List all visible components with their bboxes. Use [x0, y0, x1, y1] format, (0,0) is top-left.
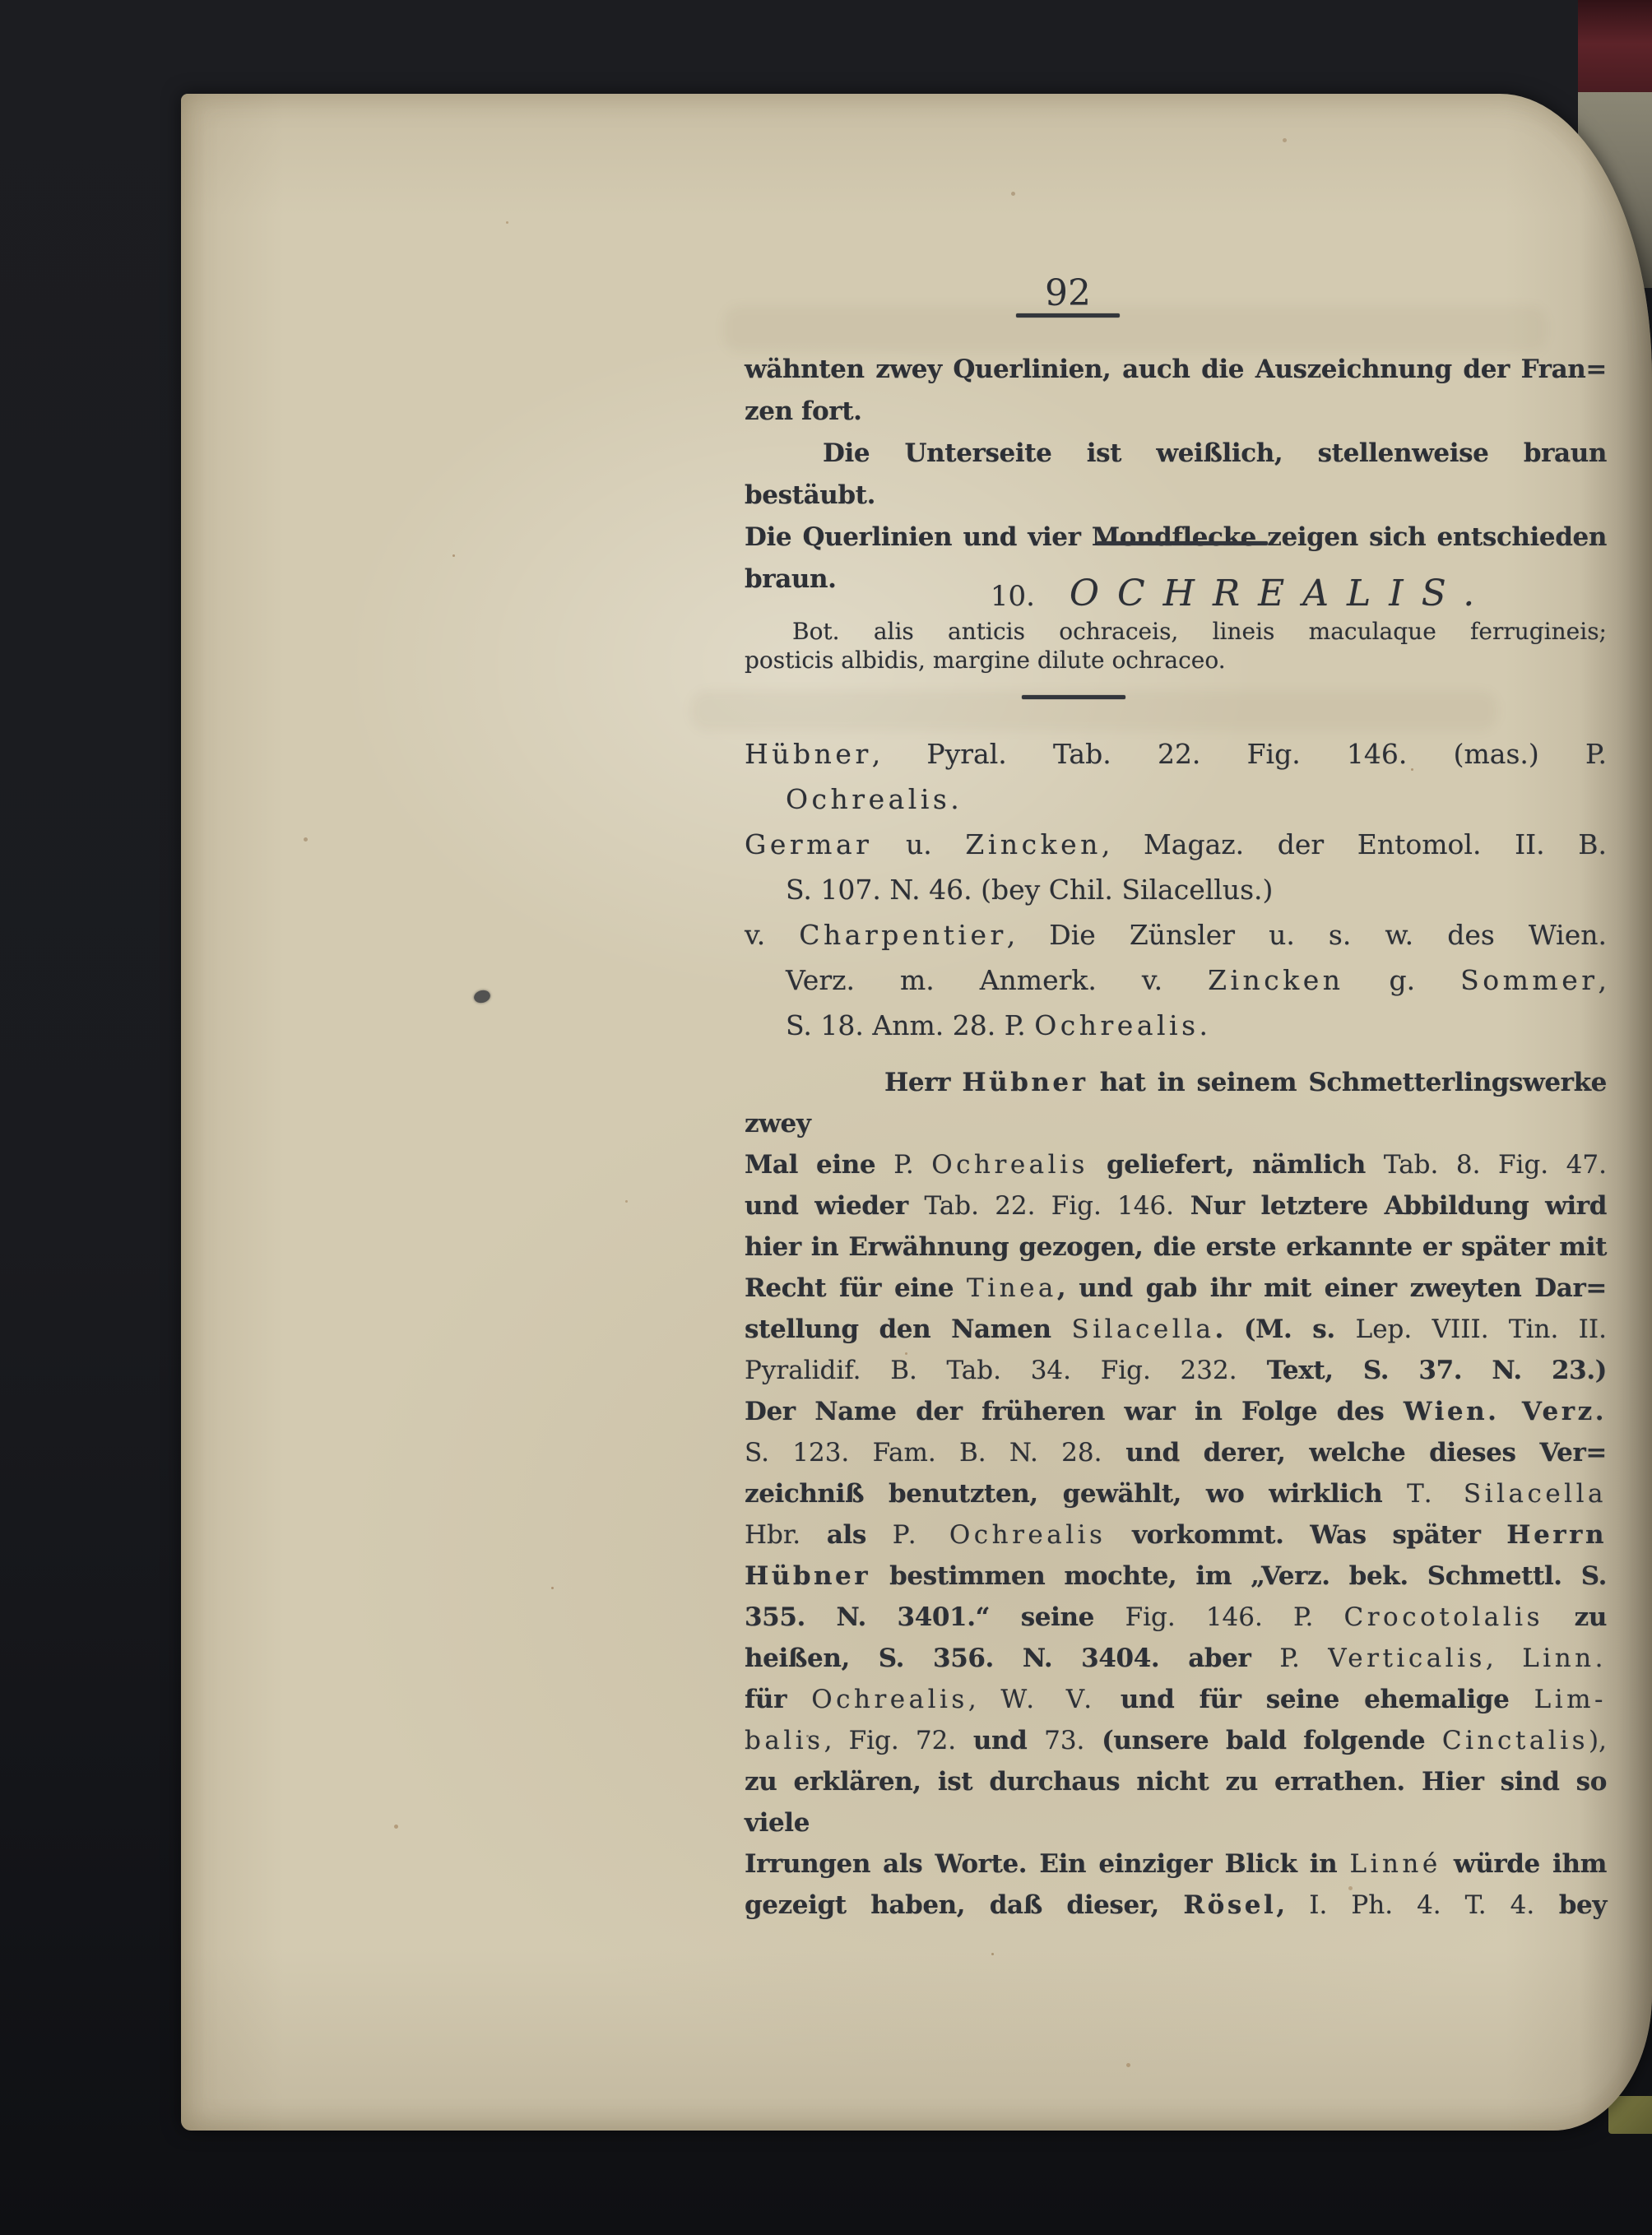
text-segment: , und gab ihr mit einer zweyten Dar= — [1057, 1273, 1607, 1303]
text-segment: , Magaz. der Entomol. II. B. — [1102, 828, 1607, 860]
text-line: v. Charpentier, Die Zünsler u. s. w. des… — [745, 912, 1607, 958]
text-line: zeichniß benutzten, gewählt, wo wirklich… — [745, 1473, 1607, 1514]
text-line: Hbr. als P. Ochrealis vorkommt. Was spät… — [745, 1514, 1607, 1556]
text-segment: Wien. Verz. — [1404, 1397, 1607, 1426]
text-line: posticis albidis, margine dilute ochrace… — [745, 646, 1607, 675]
text-segment: , Pyral. Tab. 22. Fig. 146. (mas.) P. — [872, 738, 1607, 770]
text-segment: Rösel — [1183, 1890, 1276, 1920]
text-segment: wähnten zwey Querlinien, auch die Auszei… — [745, 355, 1607, 384]
text-line: Herr Hübner hat in seinem Schmetterlings… — [745, 1062, 1607, 1144]
text-segment: Charpentier — [799, 919, 1006, 951]
text-segment: Sommer — [1460, 964, 1598, 996]
ink-blot — [472, 989, 491, 1004]
text-line: Germar u. Zincken, Magaz. der Entomol. I… — [745, 822, 1607, 867]
text-segment: Germar — [745, 828, 872, 860]
text-segment: Linn. — [1522, 1644, 1607, 1673]
text-segment: , Fig. 72. — [824, 1726, 957, 1755]
intro-paragraph: wähnten zwey Querlinien, auch die Auszei… — [745, 349, 1607, 600]
text-segment: zu erklären, ist durchaus nicht zu errat… — [745, 1767, 1607, 1838]
text-line: für Ochrealis, W. V. und für seine ehema… — [745, 1679, 1607, 1720]
text-segment: Hübner — [745, 738, 872, 770]
text-segment: zu — [1543, 1602, 1607, 1632]
text-segment: vorkommt. Was später — [1106, 1520, 1506, 1550]
text-line: Recht für eine Tinea, und gab ihr mit ei… — [745, 1268, 1607, 1309]
text-line: S. 18. Anm. 28. P. Ochrealis. — [745, 1003, 1607, 1048]
text-line: Verz. m. Anmerk. v. Zincken g. Sommer, — [745, 958, 1607, 1003]
text-segment: Text, S. 37. N. 23.) — [1237, 1356, 1607, 1385]
text-segment: , — [1276, 1890, 1309, 1920]
text-segment: Irrungen als Worte. Ein einziger Blick i… — [745, 1849, 1349, 1879]
text-segment: W. V. — [1000, 1685, 1095, 1714]
text-segment: Cinctalis — [1442, 1726, 1589, 1755]
page-content: 92 wähnten zwey Querlinien, auch die Aus… — [0, 0, 1652, 2235]
text-segment: stellung den Namen — [745, 1315, 1071, 1344]
text-segment: v. — [745, 919, 799, 951]
text-line: gezeigt haben, daß dieser, Rösel, I. Ph.… — [745, 1885, 1607, 1926]
page-number-text: 92 — [1045, 272, 1091, 314]
text-line: wähnten zwey Querlinien, auch die Auszei… — [745, 349, 1607, 391]
text-segment: bestimmen mochte, im „Verz. bek. Schmett… — [870, 1561, 1607, 1591]
text-segment: hier in Erwähnung gezogen, die erste erk… — [745, 1232, 1607, 1262]
species-heading: 10. OCHREALIS. — [745, 573, 1652, 618]
text-segment: Zincken — [1208, 964, 1344, 996]
text-segment: T. Silacella — [1407, 1479, 1607, 1509]
text-segment: für — [745, 1685, 811, 1714]
text-segment: als — [800, 1520, 893, 1550]
text-segment: , — [968, 1685, 1001, 1714]
book-scan: 92 wähnten zwey Querlinien, auch die Aus… — [0, 0, 1652, 2235]
text-segment: balis — [745, 1726, 824, 1755]
text-segment: S. 18. Anm. 28. P. — [786, 1009, 1034, 1041]
text-segment: ), — [1589, 1726, 1607, 1755]
text-segment: g. — [1344, 964, 1461, 996]
text-segment: Ochrealis — [931, 1150, 1088, 1180]
text-segment: und — [956, 1726, 1044, 1755]
page-number-rule — [1016, 313, 1120, 318]
text-segment: Recht für eine — [745, 1273, 967, 1303]
text-segment: zen fort. — [745, 396, 862, 426]
text-segment: Hübner — [745, 1561, 870, 1591]
text-segment: Verz. m. Anmerk. v. — [786, 964, 1208, 996]
text-segment: und derer, welche dieses Ver= — [1102, 1438, 1607, 1468]
text-line: hier in Erwähnung gezogen, die erste erk… — [745, 1226, 1607, 1268]
section-divider-top — [1097, 541, 1268, 545]
text-segment: Ochrealis — [811, 1685, 968, 1714]
text-segment: Bot. alis anticis ochraceis, lineis macu… — [792, 618, 1607, 645]
text-segment: und wieder — [745, 1191, 925, 1221]
text-segment: P. Ochrealis — [893, 1520, 1107, 1550]
text-segment: P. — [1279, 1644, 1328, 1673]
text-segment: bey — [1534, 1890, 1607, 1920]
species-title: OCHREALIS. — [1070, 573, 1492, 615]
text-segment: würde ihm — [1441, 1849, 1607, 1879]
text-segment: Tab. 8. Fig. 47. — [1384, 1150, 1607, 1180]
text-segment: 355. N. 3401.“ seine — [745, 1602, 1125, 1632]
text-segment: P. — [893, 1150, 931, 1180]
text-segment: . (M. s. — [1215, 1315, 1356, 1344]
text-segment: Tinea — [967, 1273, 1057, 1303]
text-segment: Tab. 22. Fig. 146. — [925, 1191, 1175, 1221]
text-segment: , — [1486, 1644, 1522, 1673]
text-segment: Crocotolalis — [1344, 1602, 1543, 1632]
text-line: Ochrealis. — [745, 777, 1607, 822]
text-segment: Ochrealis. — [1034, 1009, 1211, 1041]
text-segment: posticis albidis, margine dilute ochrace… — [745, 647, 1226, 674]
text-line: Hübner, Pyral. Tab. 22. Fig. 146. (mas.)… — [745, 731, 1607, 777]
text-line: Der Name der früheren war in Folge des W… — [745, 1391, 1607, 1432]
text-line: zu erklären, ist durchaus nicht zu errat… — [745, 1761, 1607, 1843]
text-segment: I. Ph. 4. T. 4. — [1309, 1890, 1534, 1920]
text-line: Hübner bestimmen mochte, im „Verz. bek. … — [745, 1556, 1607, 1597]
text-segment: Herr — [884, 1068, 962, 1097]
text-segment: S. 107. N. 46. (bey Chil. Silacellus.) — [786, 874, 1273, 906]
text-segment: Pyralidif. B. Tab. 34. Fig. 232. — [745, 1356, 1237, 1385]
text-segment: u. — [872, 828, 965, 860]
section-divider-bottom — [1022, 695, 1125, 699]
text-segment: Silacella — [1071, 1315, 1214, 1344]
text-segment: Nur letztere Abbildung wird — [1174, 1191, 1607, 1221]
text-segment: Hübner — [962, 1068, 1088, 1097]
text-segment: geliefert, nämlich — [1088, 1150, 1384, 1180]
species-number: 10. — [991, 575, 1035, 618]
text-segment: gezeigt haben, daß dieser, — [745, 1890, 1183, 1920]
text-segment: Fig. 146. P. — [1125, 1602, 1344, 1632]
body-paragraph: Herr Hübner hat in seinem Schmetterlings… — [745, 1062, 1607, 1926]
text-segment: Die Unterseite ist weißlich, stellenweis… — [745, 438, 1607, 510]
text-segment: (unsere bald folgende — [1084, 1726, 1441, 1755]
text-segment: und für seine ehemalige — [1096, 1685, 1534, 1714]
text-line: Mal eine P. Ochrealis geliefert, nämlich… — [745, 1144, 1607, 1185]
text-segment: zeichniß benutzten, gewählt, wo wirklich — [745, 1479, 1407, 1509]
text-line: balis, Fig. 72. und 73. (unsere bald fol… — [745, 1720, 1607, 1761]
reference-list: Hübner, Pyral. Tab. 22. Fig. 146. (mas.)… — [745, 731, 1607, 1048]
text-segment: S. 123. Fam. B. N. 28. — [745, 1438, 1102, 1468]
text-line: und wieder Tab. 22. Fig. 146. Nur letzte… — [745, 1185, 1607, 1226]
text-line: Bot. alis anticis ochraceis, lineis macu… — [745, 617, 1607, 646]
text-segment: Lep. VIII. Tin. II. — [1356, 1315, 1607, 1344]
text-segment: 73. — [1044, 1726, 1084, 1755]
text-segment: Herrn — [1506, 1520, 1607, 1550]
text-line: Die Unterseite ist weißlich, stellenweis… — [745, 433, 1607, 517]
text-segment: Verticalis — [1328, 1644, 1486, 1673]
text-line: S. 123. Fam. B. N. 28. und derer, welche… — [745, 1432, 1607, 1473]
text-segment: Lim- — [1534, 1685, 1607, 1714]
text-segment: Mal eine — [745, 1150, 893, 1180]
text-segment: , Die Zünsler u. s. w. des Wien. — [1007, 919, 1607, 951]
text-segment: Linné — [1349, 1849, 1441, 1879]
text-segment: hat in seinem Schmetterlingswerke zwey — [745, 1068, 1607, 1138]
text-line: S. 107. N. 46. (bey Chil. Silacellus.) — [745, 867, 1607, 912]
text-segment: Ochrealis. — [786, 783, 963, 815]
latin-diagnosis: Bot. alis anticis ochraceis, lineis macu… — [745, 617, 1607, 675]
text-line: stellung den Namen Silacella. (M. s. Lep… — [745, 1309, 1607, 1350]
text-segment: Zincken — [965, 828, 1102, 860]
text-line: 355. N. 3401.“ seine Fig. 146. P. Crocot… — [745, 1597, 1607, 1638]
text-line: Irrungen als Worte. Ein einziger Blick i… — [745, 1843, 1607, 1885]
text-line: heißen, S. 356. N. 3404. aber P. Vertica… — [745, 1638, 1607, 1679]
text-line: zen fort. — [745, 391, 1607, 433]
text-segment: Der Name der früheren war in Folge des — [745, 1397, 1404, 1426]
text-segment: Hbr. — [745, 1520, 800, 1550]
text-segment: , — [1599, 964, 1608, 996]
page-number: 92 — [969, 275, 1167, 313]
text-segment: heißen, S. 356. N. 3404. aber — [745, 1644, 1279, 1673]
text-line: Pyralidif. B. Tab. 34. Fig. 232. Text, S… — [745, 1350, 1607, 1391]
